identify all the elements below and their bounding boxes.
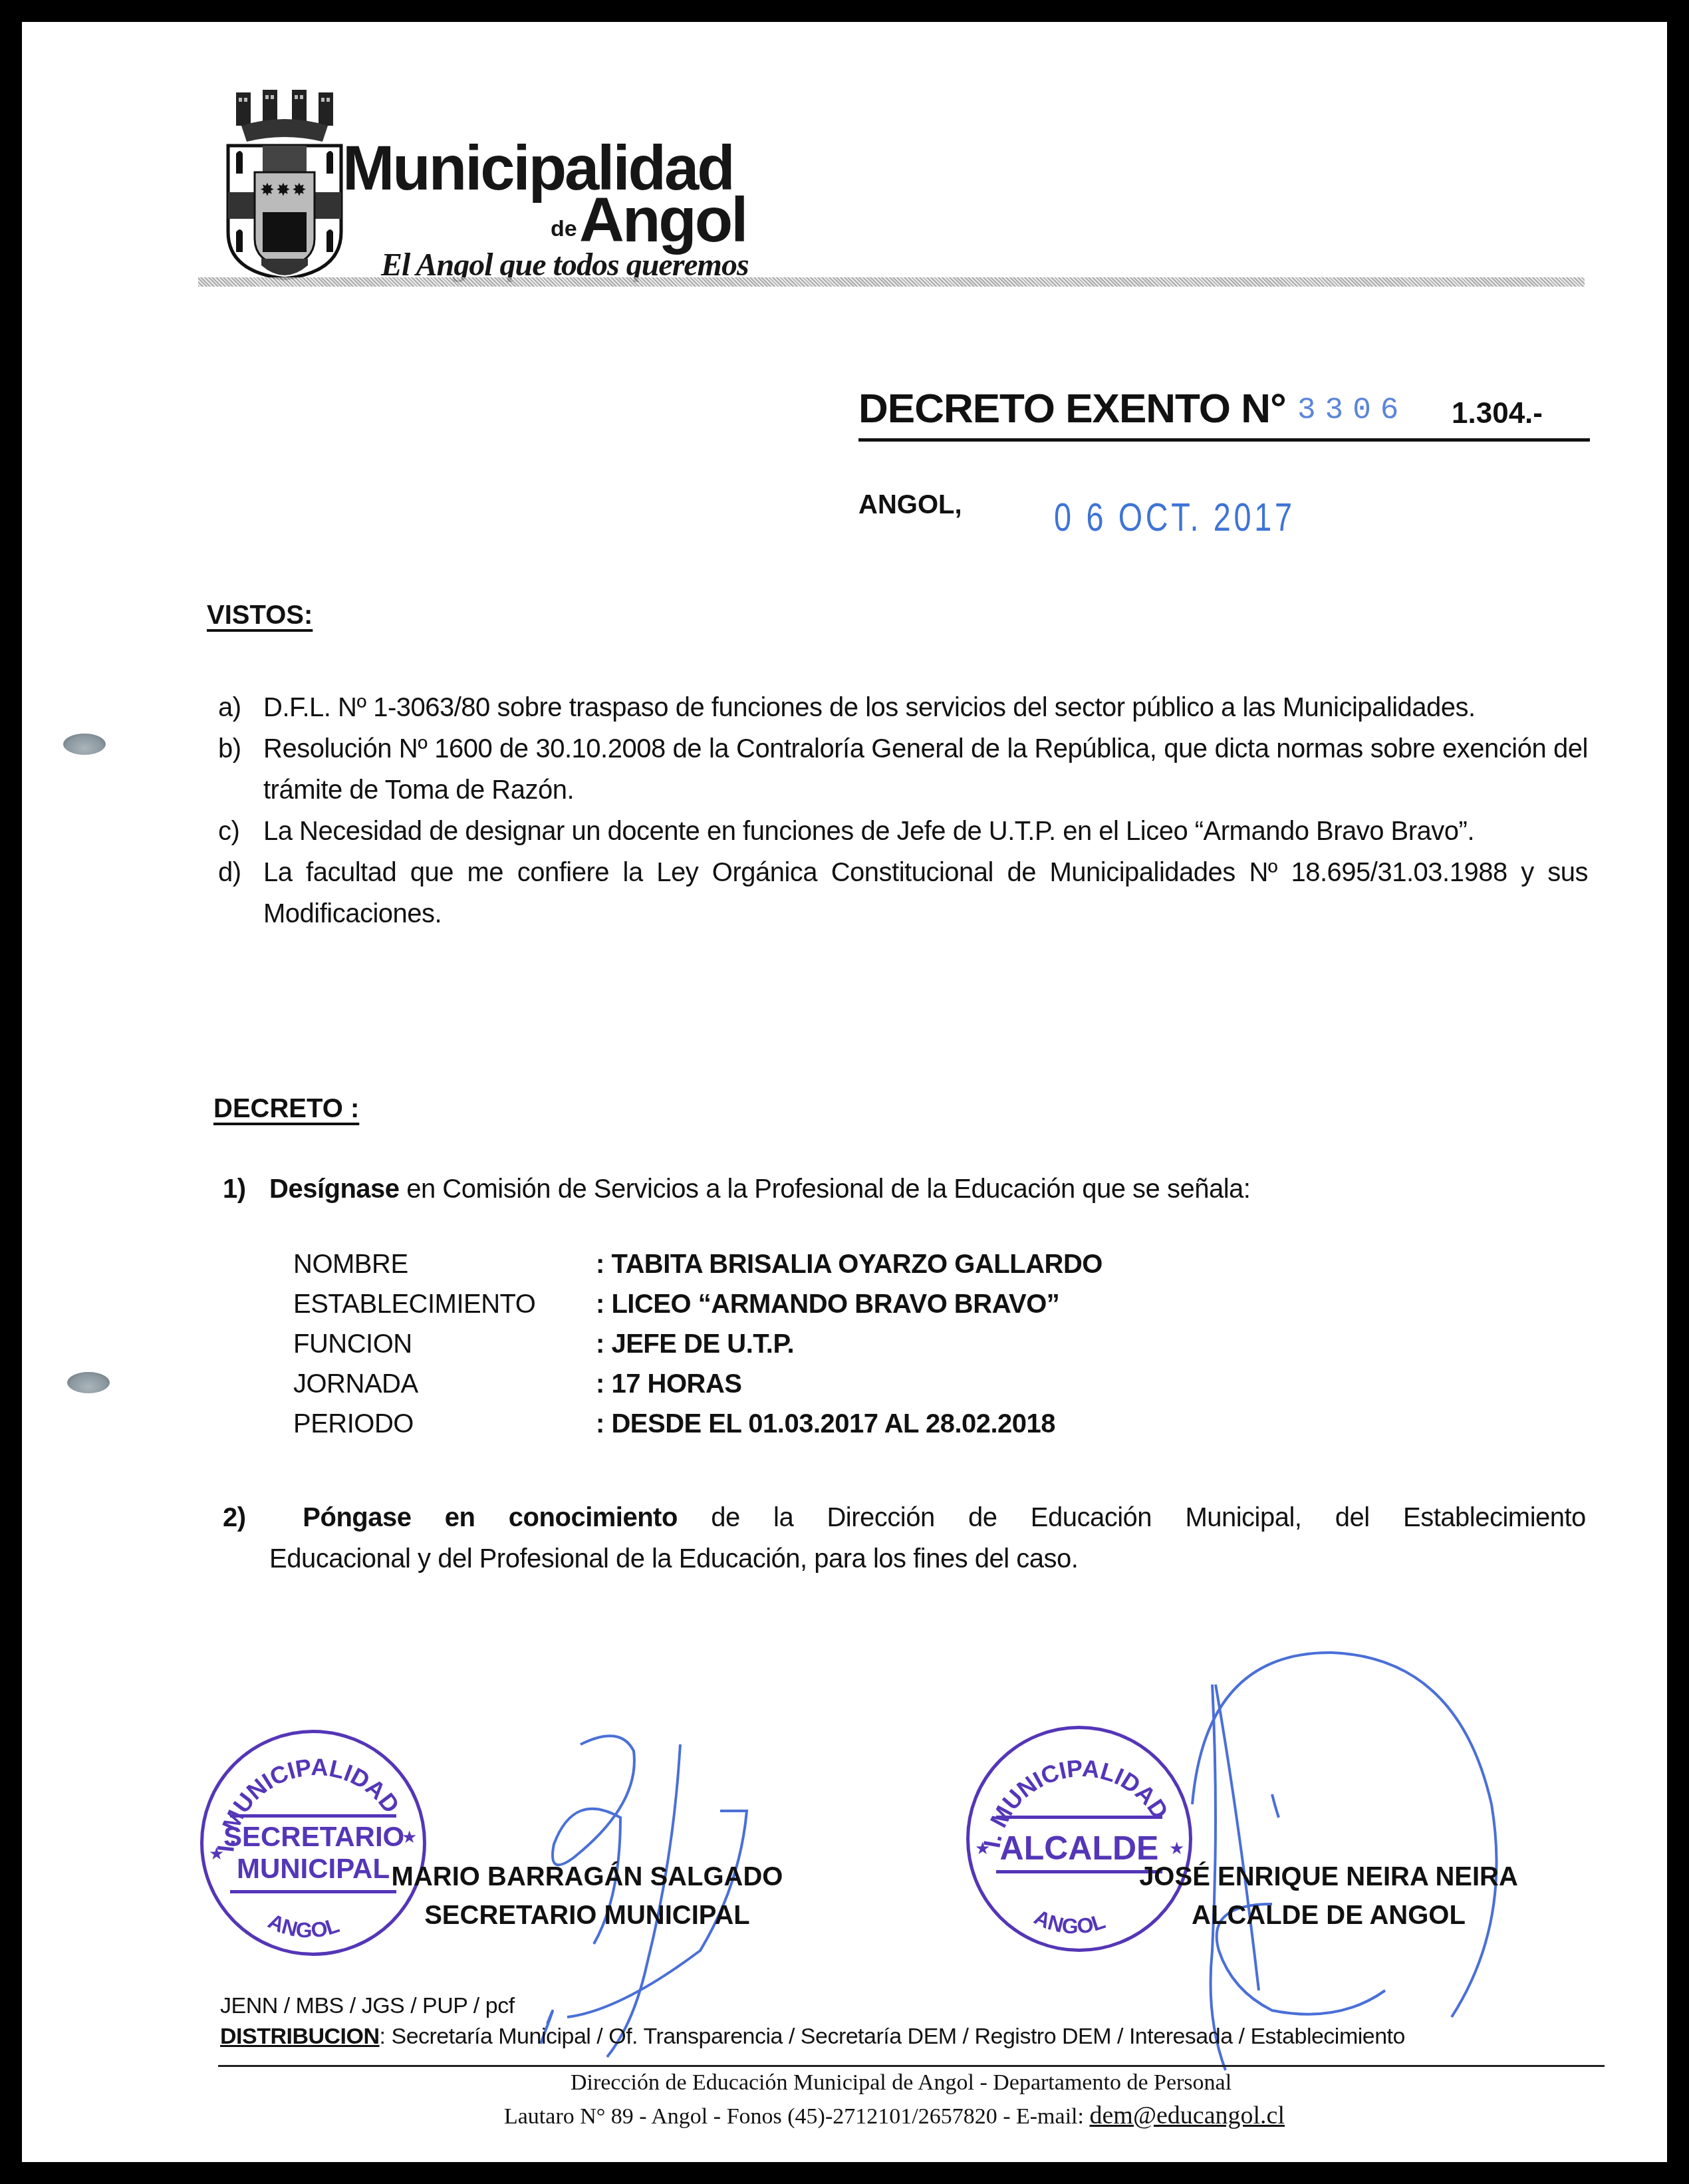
field-value: : 17 HORAS bbox=[596, 1364, 742, 1404]
svg-text:★: ★ bbox=[209, 1843, 224, 1863]
decreto-heading: DECRETO : bbox=[213, 1094, 359, 1124]
item-text: Resolución Nº 1600 de 30.10.2008 de la C… bbox=[263, 728, 1588, 811]
brand-name-line2: Angol bbox=[579, 184, 746, 256]
field-label: JORNADA bbox=[293, 1364, 596, 1404]
brand-de: de bbox=[551, 216, 577, 242]
coat-of-arms-icon: ✸✸✸ bbox=[221, 86, 354, 285]
signatory-role: ALCALDE DE ANGOL bbox=[1112, 1896, 1545, 1935]
svg-text:★: ★ bbox=[975, 1838, 990, 1858]
item-text: La facultad que me confiere la Ley Orgán… bbox=[263, 852, 1588, 934]
stamp-bottom-text: ANGOL bbox=[1031, 1905, 1108, 1938]
article-word: de bbox=[968, 1497, 997, 1538]
punch-hole bbox=[63, 734, 106, 755]
field-value: : DESDE EL 01.03.2017 AL 28.02.2018 bbox=[596, 1404, 1055, 1444]
article-lead: Desígnase bbox=[269, 1174, 400, 1204]
item-mark: d) bbox=[218, 852, 263, 934]
email-link[interactable]: dem@educangol.cl bbox=[1089, 2102, 1285, 2129]
vistos-item: a)D.F.L. Nº 1-3063/80 sobre traspaso de … bbox=[218, 687, 1588, 728]
field-row-establecimiento: ESTABLECIMIENTO: LICEO “ARMANDO BRAVO BR… bbox=[293, 1284, 1103, 1324]
punch-hole bbox=[67, 1372, 110, 1393]
article-text: en Comisión de Servicios a la Profesiona… bbox=[400, 1174, 1251, 1204]
stamp-bottom-text: ANGOL bbox=[265, 1909, 342, 1942]
header-divider bbox=[198, 277, 1585, 287]
svg-text:ANGOL: ANGOL bbox=[265, 1909, 342, 1942]
distribution-list: : Secretaría Municipal / Of. Transparenc… bbox=[380, 2024, 1405, 2049]
signatory-secretary: MARIO BARRAGÁN SALGADO SECRETARIO MUNICI… bbox=[354, 1857, 820, 1935]
article-word: en bbox=[445, 1497, 475, 1538]
article-word: Educación bbox=[1031, 1497, 1152, 1538]
article-word: Establecimiento bbox=[1403, 1497, 1586, 1538]
document-page: ✸✸✸ Municipalidad de Angol El Angol que … bbox=[22, 22, 1667, 2162]
item-mark: c) bbox=[218, 811, 263, 852]
svg-text:✸: ✸ bbox=[276, 180, 291, 200]
item-mark: a) bbox=[218, 687, 263, 728]
svg-text:ANGOL: ANGOL bbox=[1031, 1905, 1108, 1938]
article-1: 1)Desígnase en Comisión de Servicios a l… bbox=[223, 1168, 1593, 1210]
article-word: la bbox=[773, 1497, 793, 1538]
decree-stamped-number: 3306 bbox=[1297, 393, 1408, 428]
article-word: Municipal, bbox=[1185, 1497, 1301, 1538]
item-text: D.F.L. Nº 1-3063/80 sobre traspaso de fu… bbox=[263, 687, 1588, 728]
distribution: DISTRIBUCION: Secretaría Municipal / Of.… bbox=[220, 2024, 1405, 2050]
article-2: 2)PóngaseenconocimientodelaDireccióndeEd… bbox=[223, 1497, 1586, 1579]
article-word: Póngase bbox=[303, 1497, 411, 1538]
signatory-mayor: JOSÉ ENRIQUE NEIRA NEIRA ALCALDE DE ANGO… bbox=[1112, 1857, 1545, 1935]
address-line: Lautaro N° 89 - Angol - Fonos (45)-27121… bbox=[22, 2101, 1667, 2130]
field-label: FUNCION bbox=[293, 1324, 596, 1364]
distribution-label: DISTRIBUCION bbox=[220, 2024, 380, 2049]
item-mark: b) bbox=[218, 728, 263, 811]
decree-title: DECRETO EXENTO N° bbox=[858, 385, 1286, 432]
stamp-middle-text: SECRETARIO bbox=[223, 1821, 403, 1853]
signatory-name: MARIO BARRAGÁN SALGADO bbox=[354, 1857, 820, 1896]
field-label: NOMBRE bbox=[293, 1244, 596, 1284]
field-row-jornada: JORNADA: 17 HORAS bbox=[293, 1364, 1103, 1404]
article-number: 2) bbox=[223, 1497, 269, 1538]
vistos-list: a)D.F.L. Nº 1-3063/80 sobre traspaso de … bbox=[218, 687, 1588, 934]
svg-text:✸: ✸ bbox=[292, 180, 307, 200]
article-2-line1: 2)PóngaseenconocimientodelaDireccióndeEd… bbox=[223, 1497, 1586, 1538]
field-row-periodo: PERIODO: DESDE EL 01.03.2017 AL 28.02.20… bbox=[293, 1404, 1103, 1444]
article-word: Dirección bbox=[827, 1497, 934, 1538]
signatory-name: JOSÉ ENRIQUE NEIRA NEIRA bbox=[1112, 1857, 1545, 1896]
footer-divider bbox=[218, 2065, 1605, 2067]
title-underline bbox=[858, 438, 1590, 442]
designation-fields: NOMBRE: TABITA BRISALIA OYARZO GALLARDO … bbox=[293, 1244, 1103, 1444]
item-text: La Necesidad de designar un docente en f… bbox=[263, 811, 1588, 852]
article-2-line2: Educacional y del Profesional de la Educ… bbox=[223, 1538, 1586, 1579]
field-value: : LICEO “ARMANDO BRAVO BRAVO” bbox=[596, 1284, 1059, 1324]
field-label: ESTABLECIMIENTO bbox=[293, 1284, 596, 1324]
article-word: conocimiento bbox=[509, 1497, 678, 1538]
vistos-item: c)La Necesidad de designar un docente en… bbox=[218, 811, 1588, 852]
vistos-item: d)La facultad que me confiere la Ley Org… bbox=[218, 852, 1588, 934]
article-number: 1) bbox=[223, 1168, 269, 1210]
signatory-role: SECRETARIO MUNICIPAL bbox=[354, 1896, 820, 1935]
field-row-nombre: NOMBRE: TABITA BRISALIA OYARZO GALLARDO bbox=[293, 1244, 1103, 1284]
article-word: de bbox=[711, 1497, 740, 1538]
date-stamp: 0 6 OCT. 2017 bbox=[1054, 494, 1295, 540]
decree-typed-number: 1.304.- bbox=[1452, 397, 1543, 430]
vistos-heading: VISTOS: bbox=[207, 601, 313, 630]
office-line: Dirección de Educación Municipal de Ango… bbox=[22, 2070, 1667, 2096]
article-word: del bbox=[1335, 1497, 1370, 1538]
field-value: : JEFE DE U.T.P. bbox=[596, 1324, 794, 1364]
field-value: : TABITA BRISALIA OYARZO GALLARDO bbox=[596, 1244, 1103, 1284]
svg-text:✸: ✸ bbox=[260, 180, 275, 200]
svg-text:★: ★ bbox=[1169, 1838, 1184, 1858]
address-text: Lautaro N° 89 - Angol - Fonos (45)-27121… bbox=[504, 2104, 1089, 2129]
field-row-funcion: FUNCION: JEFE DE U.T.P. bbox=[293, 1324, 1103, 1364]
city-label: ANGOL, bbox=[858, 490, 962, 520]
initials: JENN / MBS / JGS / PUP / pcf bbox=[220, 1993, 515, 2019]
field-label: PERIODO bbox=[293, 1404, 596, 1444]
vistos-item: b)Resolución Nº 1600 de 30.10.2008 de la… bbox=[218, 728, 1588, 811]
